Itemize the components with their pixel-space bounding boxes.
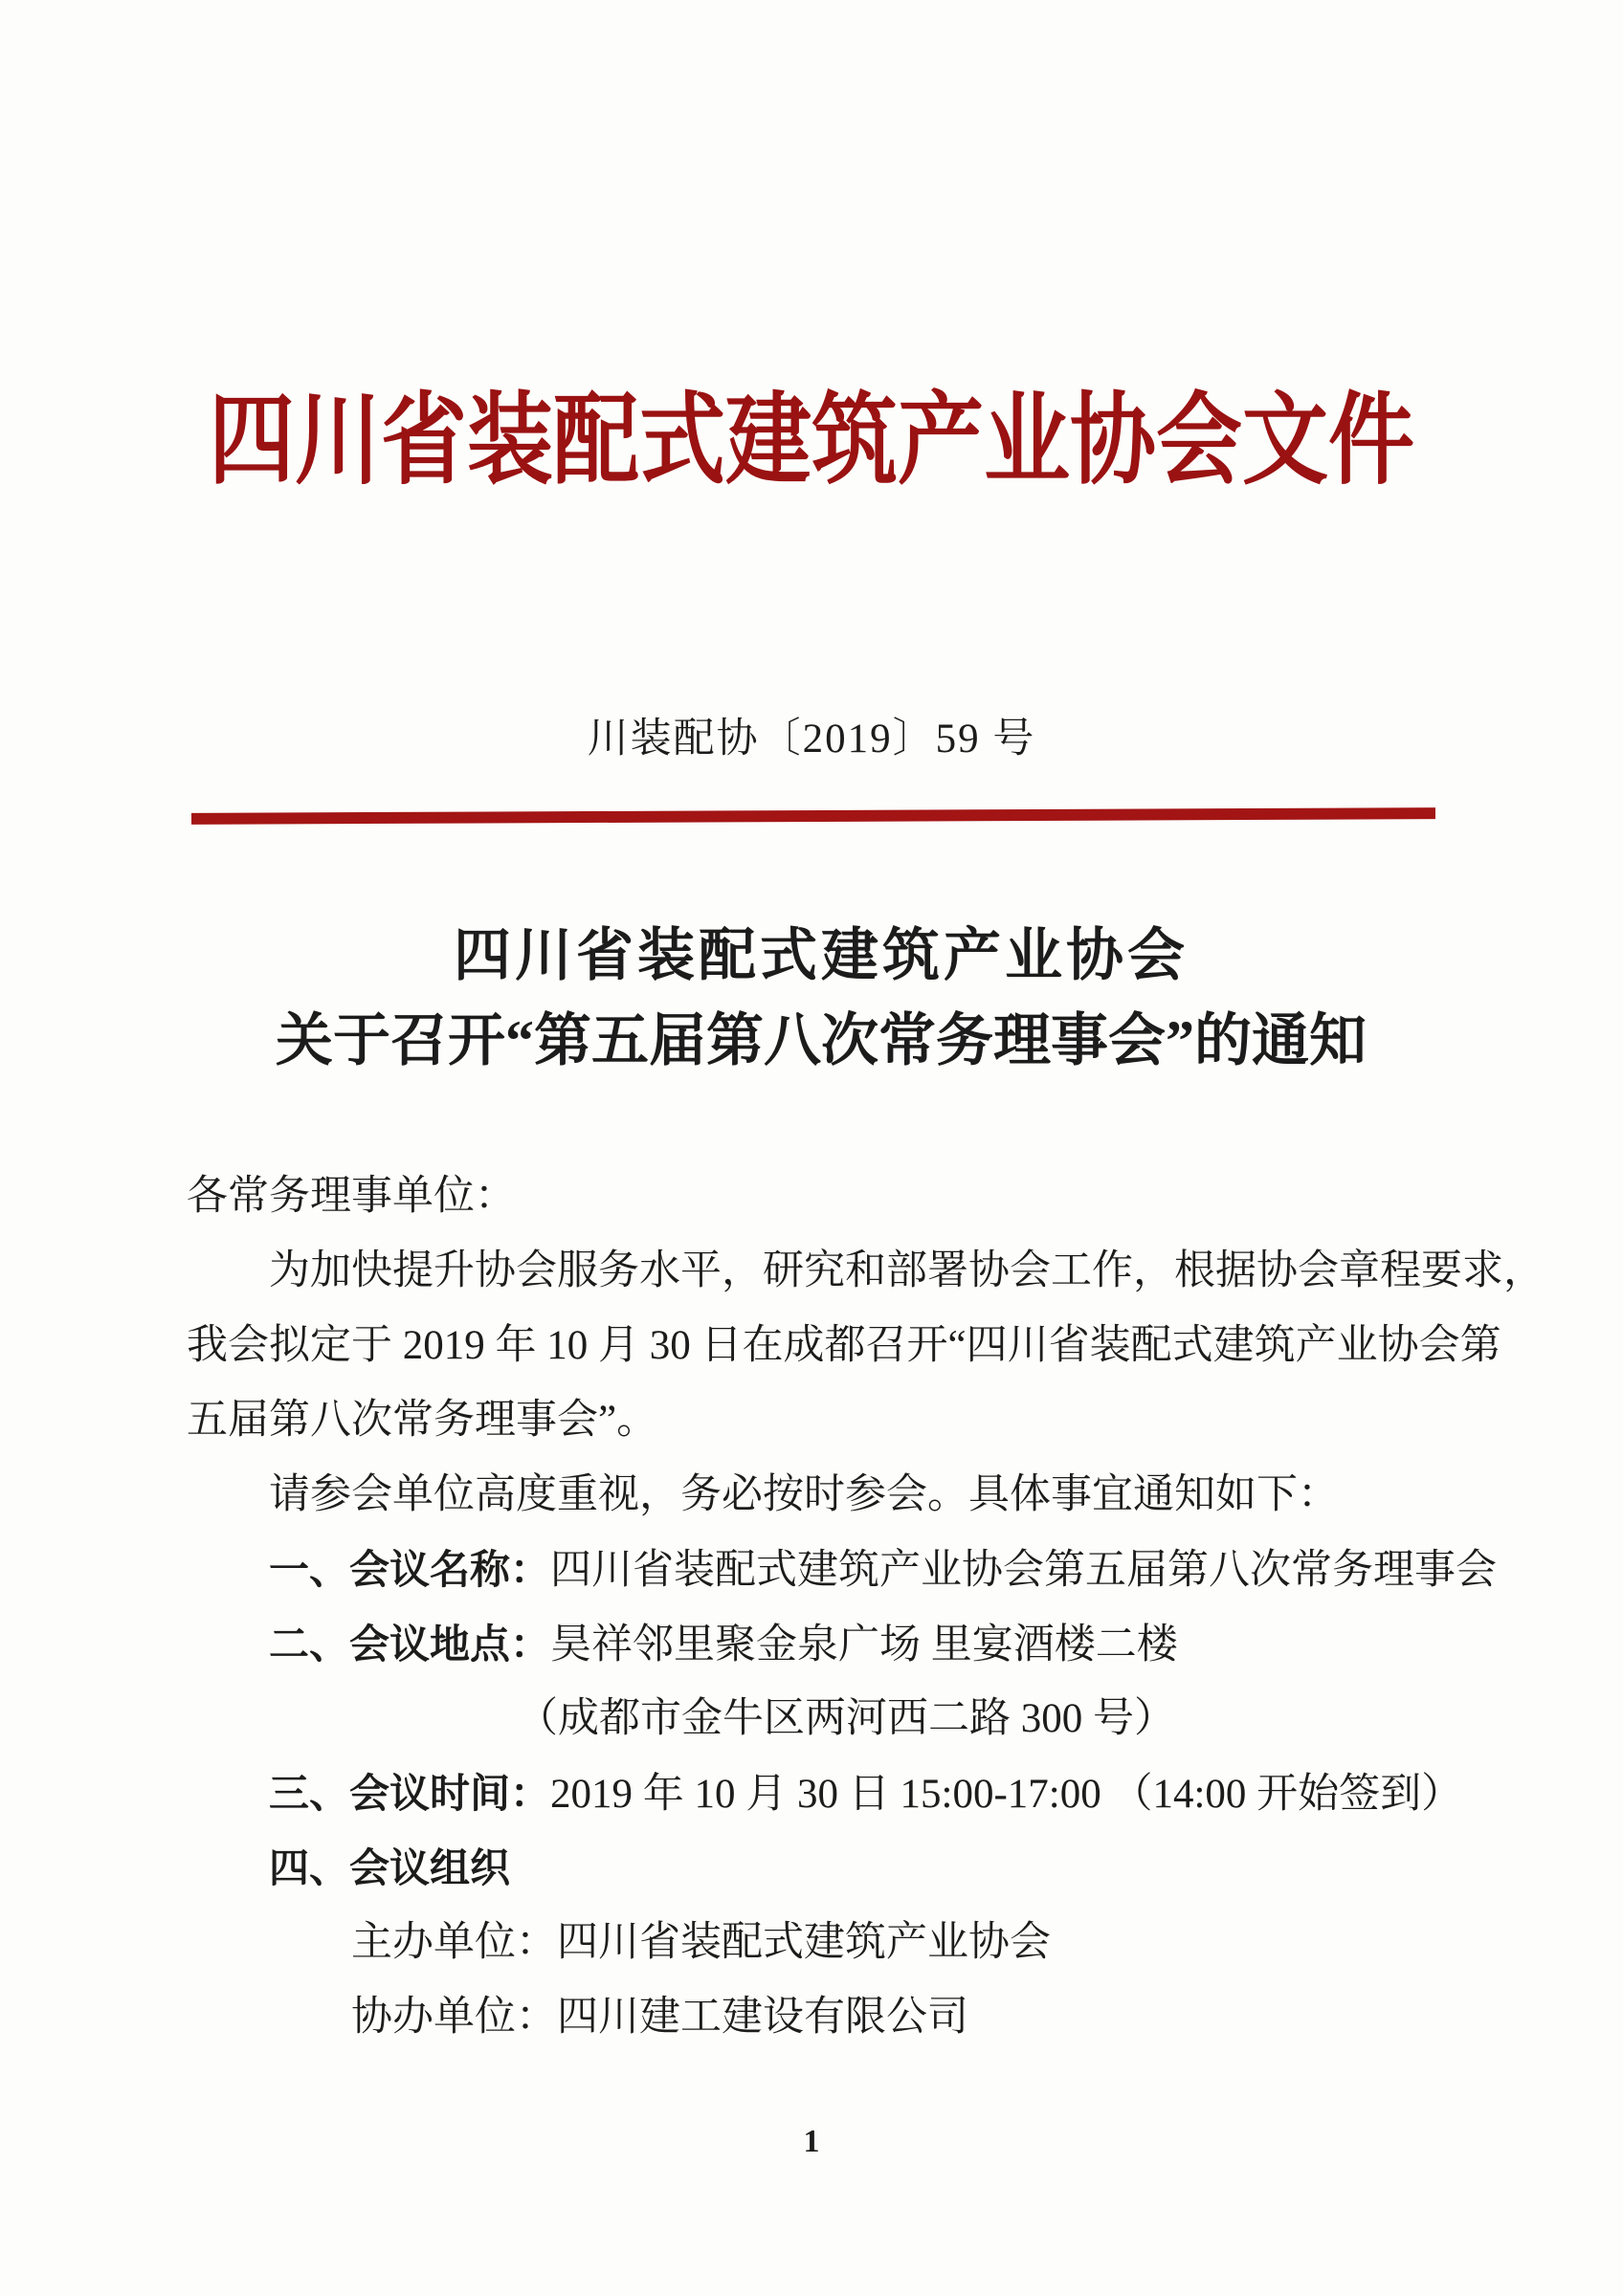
meeting-name-label: 一、会议名称：: [269, 1547, 550, 1592]
co-organizer-label: 协办单位：: [351, 1995, 557, 2040]
paragraph1-line1: 为加快提升协会服务水平，研究和部署协会工作，根据协会章程要求，: [187, 1234, 1450, 1309]
meeting-time-item: 三、会议时间：2019 年 10 月 30 日 15:00-17:00 （14:…: [187, 1756, 1450, 1831]
meeting-name-item: 一、会议名称：四川省装配式建筑产业协会第五届第八次常务理事会: [187, 1533, 1450, 1607]
meeting-time-label: 三、会议时间：: [269, 1771, 550, 1816]
organizer-label: 主办单位：: [351, 1920, 557, 1965]
meeting-venue-label: 二、会议地点：: [269, 1622, 550, 1667]
co-organizer-value: 四川建工建设有限公司: [557, 1995, 968, 2040]
meeting-venue-value: 昊祥邻里聚金泉广场 里宴酒楼二楼: [550, 1623, 1178, 1667]
paragraph2-line: 请参会单位高度重视，务必按时参会。具体事宜通知如下：: [187, 1458, 1450, 1533]
document-title-line1: 四川省装配式建筑产业协会: [185, 914, 1457, 999]
document-page: 四川省装配式建筑产业协会文件 川装配协〔2019〕59 号 四川省装配式建筑产业…: [0, 0, 1623, 2296]
salutation-line: 各常务理事单位：: [187, 1159, 1450, 1234]
meeting-venue-item: 二、会议地点：昊祥邻里聚金泉广场 里宴酒楼二楼: [187, 1607, 1450, 1682]
meeting-time-value: 2019 年 10 月 30 日 15:00-17:00 （14:00 开始签到…: [550, 1772, 1462, 1817]
meeting-organization-label: 四、会议组织: [269, 1845, 510, 1890]
meeting-name-value: 四川省装配式建筑产业协会第五届第八次常务理事会: [550, 1548, 1497, 1593]
venue-address-line: （成都市金牛区两河西二路 300 号）: [187, 1682, 1450, 1756]
page-number: 1: [0, 2124, 1623, 2160]
document-body: 各常务理事单位： 为加快提升协会服务水平，研究和部署协会工作，根据协会章程要求，…: [187, 1159, 1450, 2055]
co-organizer-line: 协办单位：四川建工建设有限公司: [187, 1980, 1450, 2055]
document-number: 川装配协〔2019〕59 号: [0, 716, 1623, 762]
red-divider-line: [191, 807, 1435, 825]
agency-header-title: 四川省装配式建筑产业协会文件: [0, 392, 1623, 492]
paragraph1-line3: 五届第八次常务理事会”。: [187, 1383, 1450, 1458]
document-title: 四川省装配式建筑产业协会 关于召开“第五届第八次常务理事会”的通知: [185, 914, 1457, 1084]
organizer-line: 主办单位：四川省装配式建筑产业协会: [187, 1906, 1450, 1980]
organizer-value: 四川省装配式建筑产业协会: [557, 1920, 1051, 1965]
meeting-organization-item: 四、会议组织: [187, 1831, 1450, 1906]
document-title-line2: 关于召开“第五届第八次常务理事会”的通知: [185, 999, 1457, 1084]
paragraph1-line2: 我会拟定于 2019 年 10 月 30 日在成都召开“四川省装配式建筑产业协会…: [187, 1309, 1450, 1383]
